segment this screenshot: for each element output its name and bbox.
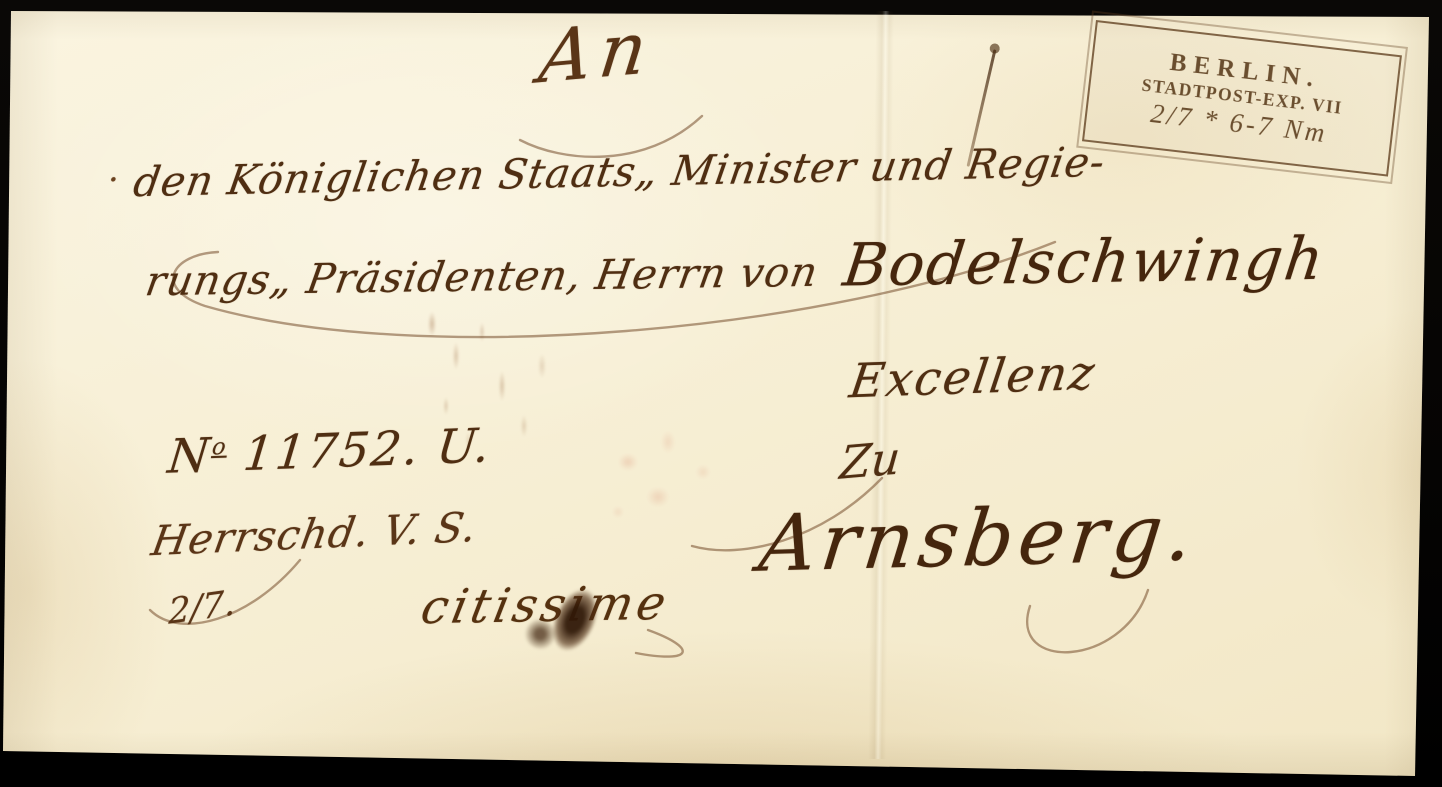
address-line-2-prefix: rungs„ Präsidenten, Herrn von [142,248,822,305]
registry-number-n: N [165,428,214,485]
destination-arnsberg: Arnsberg. [755,488,1202,590]
postmark-city-line: BERLIN. [1168,49,1321,94]
postmark-office-line: STADTPOST-EXP. VII [1141,75,1344,119]
photo-background: An · den Königlichen Staats„ Minister un… [0,0,1442,787]
postmark-berlin-stadtpost: BERLIN. STADTPOST-EXP. VII 2/7 * 6-7 Nm [1082,20,1402,177]
salutation-an: An [535,4,659,99]
registry-number: No 11752. U. [165,418,494,485]
faded-red-smudge [588,402,753,537]
leading-ink-dot: · [108,160,119,200]
postmark-date-line: 2/7 * 6-7 Nm [1149,98,1329,149]
registry-number-digits: 11752. U. [224,418,494,482]
honorific-excellenz: Excellenz [846,346,1099,410]
recipient-name: Bodelschwingh [839,224,1329,300]
preposition-zu: Zu [838,431,903,490]
